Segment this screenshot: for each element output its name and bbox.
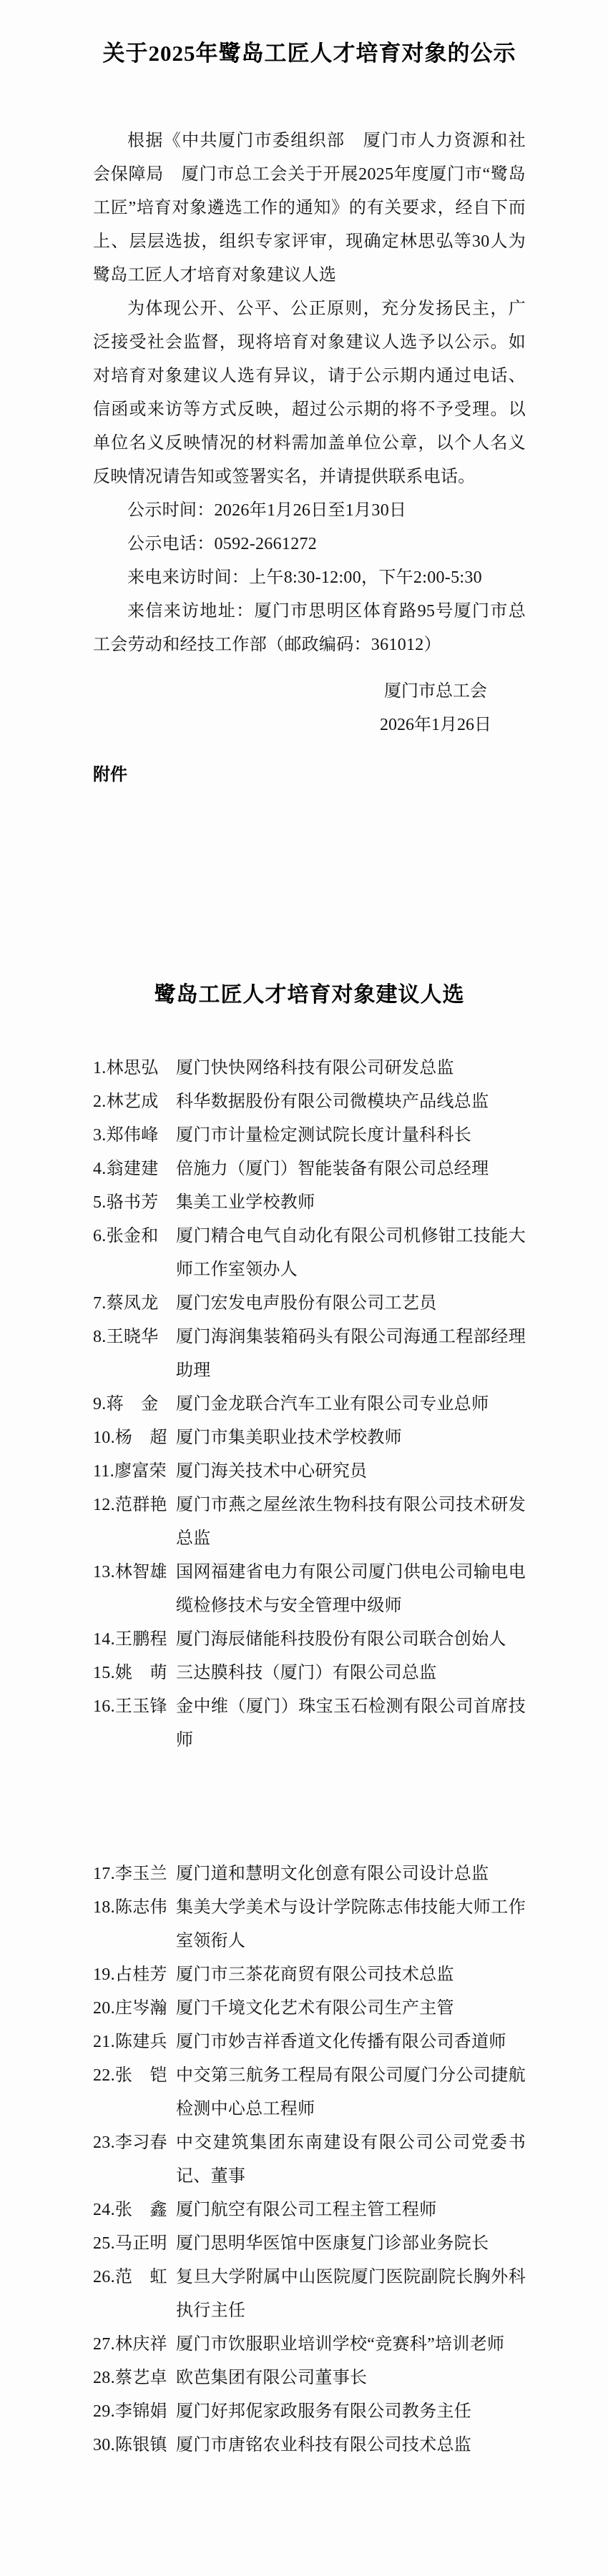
mail-address-line: 来信来访地址：厦门市思明区体育路95号厦门市总工会劳动和经技工作部（邮政编码：3… [93, 595, 526, 662]
candidate-name: 林思弘 [107, 1059, 159, 1077]
candidate-number: 20. [93, 1999, 115, 2018]
candidate-number-name: 18.陈志伟 [93, 1891, 176, 1925]
list-item: 21.陈建兵 厦门市妙吉祥香道文化传播有限公司香道师 [93, 2025, 526, 2059]
candidate-name: 张 鑫 [115, 2201, 167, 2219]
candidate-name: 林艺成 [107, 1092, 159, 1111]
list-item: 9.蒋 金 厦门金龙联合汽车工业有限公司专业总师 [93, 1388, 526, 1421]
publicity-period-line: 公示时间：2026年1月26日至1月30日 [93, 494, 526, 528]
candidate-number: 4. [93, 1160, 107, 1178]
candidate-number-name: 26.范 虹 [93, 2261, 176, 2294]
signer-name: 厦门市总工会 [380, 675, 491, 709]
candidate-number-name: 2.林艺成 [93, 1085, 176, 1119]
list-item: 8.王晓华 厦门海润集装箱码头有限公司海通工程部经理助理 [93, 1321, 526, 1388]
candidate-name: 王晓华 [107, 1328, 159, 1346]
candidate-org-title: 国网福建省电力有限公司厦门供电公司输电电缆检修技术与安全管理中级师 [176, 1556, 526, 1623]
signature-block: 厦门市总工会 2026年1月26日 [380, 675, 491, 742]
document-page: 关于2025年鹭岛工匠人才培育对象的公示 根据《中共厦门市委组织部 厦门市人力资… [0, 0, 608, 2576]
candidate-org-title: 厦门海润集装箱码头有限公司海通工程部经理助理 [176, 1321, 526, 1388]
candidate-number: 9. [93, 1395, 107, 1413]
candidate-name: 王鹏程 [115, 1630, 167, 1649]
candidate-org-title: 厦门思明华医馆中医康复门诊部业务院长 [176, 2227, 526, 2261]
candidate-org-title: 集美工业学校教师 [176, 1186, 526, 1220]
candidate-org-title: 厦门航空有限公司工程主管工程师 [176, 2193, 526, 2227]
attachment-label: 附件 [93, 758, 526, 791]
candidate-number-name: 15.姚 萌 [93, 1657, 176, 1690]
candidate-number: 27. [93, 2335, 115, 2354]
candidate-number-name: 10.杨 超 [93, 1421, 176, 1455]
candidate-name: 陈志伟 [115, 1898, 167, 1917]
list-item: 25.马正明 厦门思明华医馆中医康复门诊部业务院长 [93, 2227, 526, 2261]
list-item: 26.范 虹 复旦大学附属中山医院厦门医院副院长胸外科执行主任 [93, 2261, 526, 2328]
candidate-name: 庄岑瀚 [115, 1999, 167, 2018]
candidate-number-name: 11.廖富荣 [93, 1455, 176, 1489]
candidate-name: 林庆祥 [115, 2335, 167, 2354]
paragraph-publicity: 为体现公开、公平、公正原则，充分发扬民主，广泛接受社会监督，现将培育对象建议人选… [93, 292, 526, 494]
candidate-number-name: 24.张 鑫 [93, 2193, 176, 2227]
candidate-name: 林智雄 [115, 1563, 167, 1581]
candidate-number-name: 30.陈银镇 [93, 2429, 176, 2462]
list-item: 24.张 鑫 厦门航空有限公司工程主管工程师 [93, 2193, 526, 2227]
candidate-name: 李习春 [115, 2133, 167, 2152]
candidate-name: 李玉兰 [115, 1865, 167, 1883]
candidate-name: 郑伟峰 [107, 1126, 159, 1145]
visit-hours-line: 来电来访时间：上午8:30-12:00，下午2:00-5:30 [93, 561, 526, 595]
candidate-number-name: 6.张金和 [93, 1220, 176, 1253]
candidate-number: 24. [93, 2201, 115, 2219]
candidate-org-title: 中交建筑集团东南建设有限公司公司党委书记、董事 [176, 2126, 526, 2193]
candidate-number-name: 3.郑伟峰 [93, 1119, 176, 1153]
candidate-name: 张 铠 [115, 2066, 167, 2085]
list-item: 20.庄岑瀚 厦门千境文化艺术有限公司生产主管 [93, 1992, 526, 2025]
candidate-number: 19. [93, 1965, 115, 1984]
candidate-name: 姚 萌 [115, 1664, 167, 1682]
candidate-name: 马正明 [115, 2234, 167, 2253]
candidate-name: 蒋 金 [107, 1395, 159, 1413]
candidate-number: 30. [93, 2436, 115, 2454]
candidate-org-title: 集美大学美术与设计学院陈志伟技能大师工作室领衔人 [176, 1891, 526, 1958]
candidate-org-title: 厦门千境文化艺术有限公司生产主管 [176, 1992, 526, 2025]
candidate-org-title: 中交第三航务工程局有限公司厦门分公司捷航检测中心总工程师 [176, 2059, 526, 2126]
candidate-number: 5. [93, 1193, 107, 1212]
candidate-org-title: 厦门市妙吉祥香道文化传播有限公司香道师 [176, 2025, 526, 2059]
candidate-org-title: 厦门精合电气自动化有限公司机修钳工技能大师工作室领办人 [176, 1220, 526, 1287]
candidate-number: 3. [93, 1126, 107, 1145]
list-item: 28.蔡艺卓 欧芭集团有限公司董事长 [93, 2362, 526, 2395]
candidate-org-title: 厦门市计量检定测试院长度计量科科长 [176, 1119, 526, 1153]
candidate-number-name: 21.陈建兵 [93, 2025, 176, 2059]
candidate-number: 15. [93, 1664, 115, 1682]
candidate-name: 陈建兵 [115, 2033, 167, 2051]
list-item: 13.林智雄 国网福建省电力有限公司厦门供电公司输电电缆检修技术与安全管理中级师 [93, 1556, 526, 1623]
candidate-number-name: 8.王晓华 [93, 1321, 176, 1354]
candidate-number: 21. [93, 2033, 115, 2051]
candidate-org-title: 厦门市集美职业技术学校教师 [176, 1421, 526, 1455]
candidate-name: 张金和 [107, 1227, 159, 1245]
candidate-org-title: 欧芭集团有限公司董事长 [176, 2362, 526, 2395]
list-item: 27.林庆祥 厦门市饮服职业培训学校“竞赛科”培训老师 [93, 2328, 526, 2362]
candidate-number: 18. [93, 1898, 115, 1917]
candidate-name: 杨 超 [115, 1428, 167, 1447]
candidate-name: 范群艳 [115, 1496, 167, 1514]
candidate-number-name: 28.蔡艺卓 [93, 2362, 176, 2395]
candidate-name: 王玉锋 [115, 1697, 167, 1716]
candidate-name: 翁建建 [107, 1160, 159, 1178]
list-item: 12.范群艳 厦门市燕之屋丝浓生物科技有限公司技术研发总监 [93, 1489, 526, 1556]
list-item: 16.王玉锋 金中维（厦门）珠宝玉石检测有限公司首席技师 [93, 1690, 526, 1757]
candidate-number-name: 7.蔡凤龙 [93, 1287, 176, 1321]
candidate-name: 蔡凤龙 [107, 1294, 159, 1313]
candidate-number-name: 16.王玉锋 [93, 1690, 176, 1724]
candidate-number: 12. [93, 1496, 115, 1514]
candidate-org-title: 厦门道和慧明文化创意有限公司设计总监 [176, 1857, 526, 1891]
candidate-number: 26. [93, 2268, 115, 2286]
page-title: 关于2025年鹭岛工匠人才培育对象的公示 [93, 37, 526, 70]
list-item: 1.林思弘 厦门快快网络科技有限公司研发总监 [93, 1052, 526, 1085]
candidate-name: 范 虹 [115, 2268, 167, 2286]
candidate-list: 1.林思弘 厦门快快网络科技有限公司研发总监 2.林艺成 科华数据股份有限公司微… [93, 1052, 526, 2462]
candidate-number: 8. [93, 1328, 107, 1346]
candidate-number-name: 5.骆书芳 [93, 1186, 176, 1220]
candidate-number-name: 17.李玉兰 [93, 1857, 176, 1891]
candidate-number-name: 9.蒋 金 [93, 1388, 176, 1421]
candidate-number: 28. [93, 2369, 115, 2387]
candidate-number: 2. [93, 1092, 107, 1111]
candidate-number: 17. [93, 1865, 115, 1883]
candidate-org-title: 厦门宏发电声股份有限公司工艺员 [176, 1287, 526, 1321]
list-item: 23.李习春 中交建筑集团东南建设有限公司公司党委书记、董事 [93, 2126, 526, 2193]
candidate-number-name: 19.占桂芳 [93, 1958, 176, 1992]
candidate-number-name: 23.李习春 [93, 2126, 176, 2160]
candidate-number: 23. [93, 2133, 115, 2152]
candidate-number-name: 29.李锦娟 [93, 2395, 176, 2429]
list-item: 5.骆书芳 集美工业学校教师 [93, 1186, 526, 1220]
list-item: 11.廖富荣 厦门海关技术中心研究员 [93, 1455, 526, 1489]
candidate-name: 占桂芳 [115, 1965, 167, 1984]
candidate-number: 22. [93, 2066, 115, 2085]
candidate-number-name: 4.翁建建 [93, 1153, 176, 1186]
candidate-number: 16. [93, 1697, 115, 1716]
candidate-org-title: 厦门快快网络科技有限公司研发总监 [176, 1052, 526, 1085]
list-item: 29.李锦娟 厦门好邦伲家政服务有限公司教务主任 [93, 2395, 526, 2429]
list-item: 14.王鹏程 厦门海辰储能科技股份有限公司联合创始人 [93, 1623, 526, 1657]
list-item: 6.张金和 厦门精合电气自动化有限公司机修钳工技能大师工作室领办人 [93, 1220, 526, 1287]
list-item: 7.蔡凤龙 厦门宏发电声股份有限公司工艺员 [93, 1287, 526, 1321]
candidate-name: 陈银镇 [115, 2436, 167, 2454]
list-item: 17.李玉兰 厦门道和慧明文化创意有限公司设计总监 [93, 1857, 526, 1891]
list-item: 2.林艺成 科华数据股份有限公司微模块产品线总监 [93, 1085, 526, 1119]
candidate-org-title: 厦门金龙联合汽车工业有限公司专业总师 [176, 1388, 526, 1421]
candidate-name: 廖富荣 [114, 1462, 167, 1481]
annex-title: 鹭岛工匠人才培育对象建议人选 [93, 979, 526, 1012]
candidate-number: 1. [93, 1059, 107, 1077]
candidate-org-title: 倍施力（厦门）智能装备有限公司总经理 [176, 1153, 526, 1186]
publicity-phone-line: 公示电话：0592-2661272 [93, 528, 526, 561]
candidate-number: 11. [93, 1462, 114, 1481]
candidate-number-name: 25.马正明 [93, 2227, 176, 2261]
candidate-org-title: 复旦大学附属中山医院厦门医院副院长胸外科执行主任 [176, 2261, 526, 2328]
candidate-org-title: 厦门市三茶花商贸有限公司技术总监 [176, 1958, 526, 1992]
candidate-number-name: 22.张 铠 [93, 2059, 176, 2093]
candidate-org-title: 三达膜科技（厦门）有限公司总监 [176, 1657, 526, 1690]
candidate-number-name: 20.庄岑瀚 [93, 1992, 176, 2025]
list-item: 30.陈银镇 厦门市唐铭农业科技有限公司技术总监 [93, 2429, 526, 2462]
list-item: 18.陈志伟 集美大学美术与设计学院陈志伟技能大师工作室领衔人 [93, 1891, 526, 1958]
candidate-number: 7. [93, 1294, 107, 1313]
candidate-org-title: 科华数据股份有限公司微模块产品线总监 [176, 1085, 526, 1119]
candidate-org-title: 厦门市燕之屋丝浓生物科技有限公司技术研发总监 [176, 1489, 526, 1556]
candidate-org-title: 厦门好邦伲家政服务有限公司教务主任 [176, 2395, 526, 2429]
candidate-number: 13. [93, 1563, 115, 1581]
candidate-number-name: 14.王鹏程 [93, 1623, 176, 1657]
candidate-org-title: 厦门海辰储能科技股份有限公司联合创始人 [176, 1623, 526, 1657]
candidate-name: 蔡艺卓 [115, 2369, 167, 2387]
candidate-org-title: 厦门市饮服职业培训学校“竞赛科”培训老师 [176, 2328, 526, 2362]
candidate-org-title: 厦门海关技术中心研究员 [176, 1455, 526, 1489]
sign-date: 2026年1月26日 [380, 709, 491, 742]
list-item: 10.杨 超 厦门市集美职业技术学校教师 [93, 1421, 526, 1455]
candidate-number-name: 27.林庆祥 [93, 2328, 176, 2362]
list-item: 22.张 铠 中交第三航务工程局有限公司厦门分公司捷航检测中心总工程师 [93, 2059, 526, 2126]
candidate-number: 14. [93, 1630, 115, 1649]
candidate-number-name: 12.范群艳 [93, 1489, 176, 1522]
candidate-number: 25. [93, 2234, 115, 2253]
document-body: 根据《中共厦门市委组织部 厦门市人力资源和社会保障局 厦门市总工会关于开展202… [93, 124, 526, 662]
list-item: 15.姚 萌 三达膜科技（厦门）有限公司总监 [93, 1657, 526, 1690]
candidate-org-title: 金中维（厦门）珠宝玉石检测有限公司首席技师 [176, 1690, 526, 1757]
candidate-number-name: 13.林智雄 [93, 1556, 176, 1589]
candidate-name: 骆书芳 [107, 1193, 159, 1212]
list-item: 4.翁建建 倍施力（厦门）智能装备有限公司总经理 [93, 1153, 526, 1186]
candidate-number: 29. [93, 2402, 115, 2421]
candidate-org-title: 厦门市唐铭农业科技有限公司技术总监 [176, 2429, 526, 2462]
list-item: 3.郑伟峰 厦门市计量检定测试院长度计量科科长 [93, 1119, 526, 1153]
candidate-number-name: 1.林思弘 [93, 1052, 176, 1085]
candidate-number: 6. [93, 1227, 107, 1245]
paragraph-basis: 根据《中共厦门市委组织部 厦门市人力资源和社会保障局 厦门市总工会关于开展202… [93, 124, 526, 292]
candidate-number: 10. [93, 1428, 115, 1447]
list-item: 19.占桂芳 厦门市三茶花商贸有限公司技术总监 [93, 1958, 526, 1992]
candidate-name: 李锦娟 [115, 2402, 167, 2421]
